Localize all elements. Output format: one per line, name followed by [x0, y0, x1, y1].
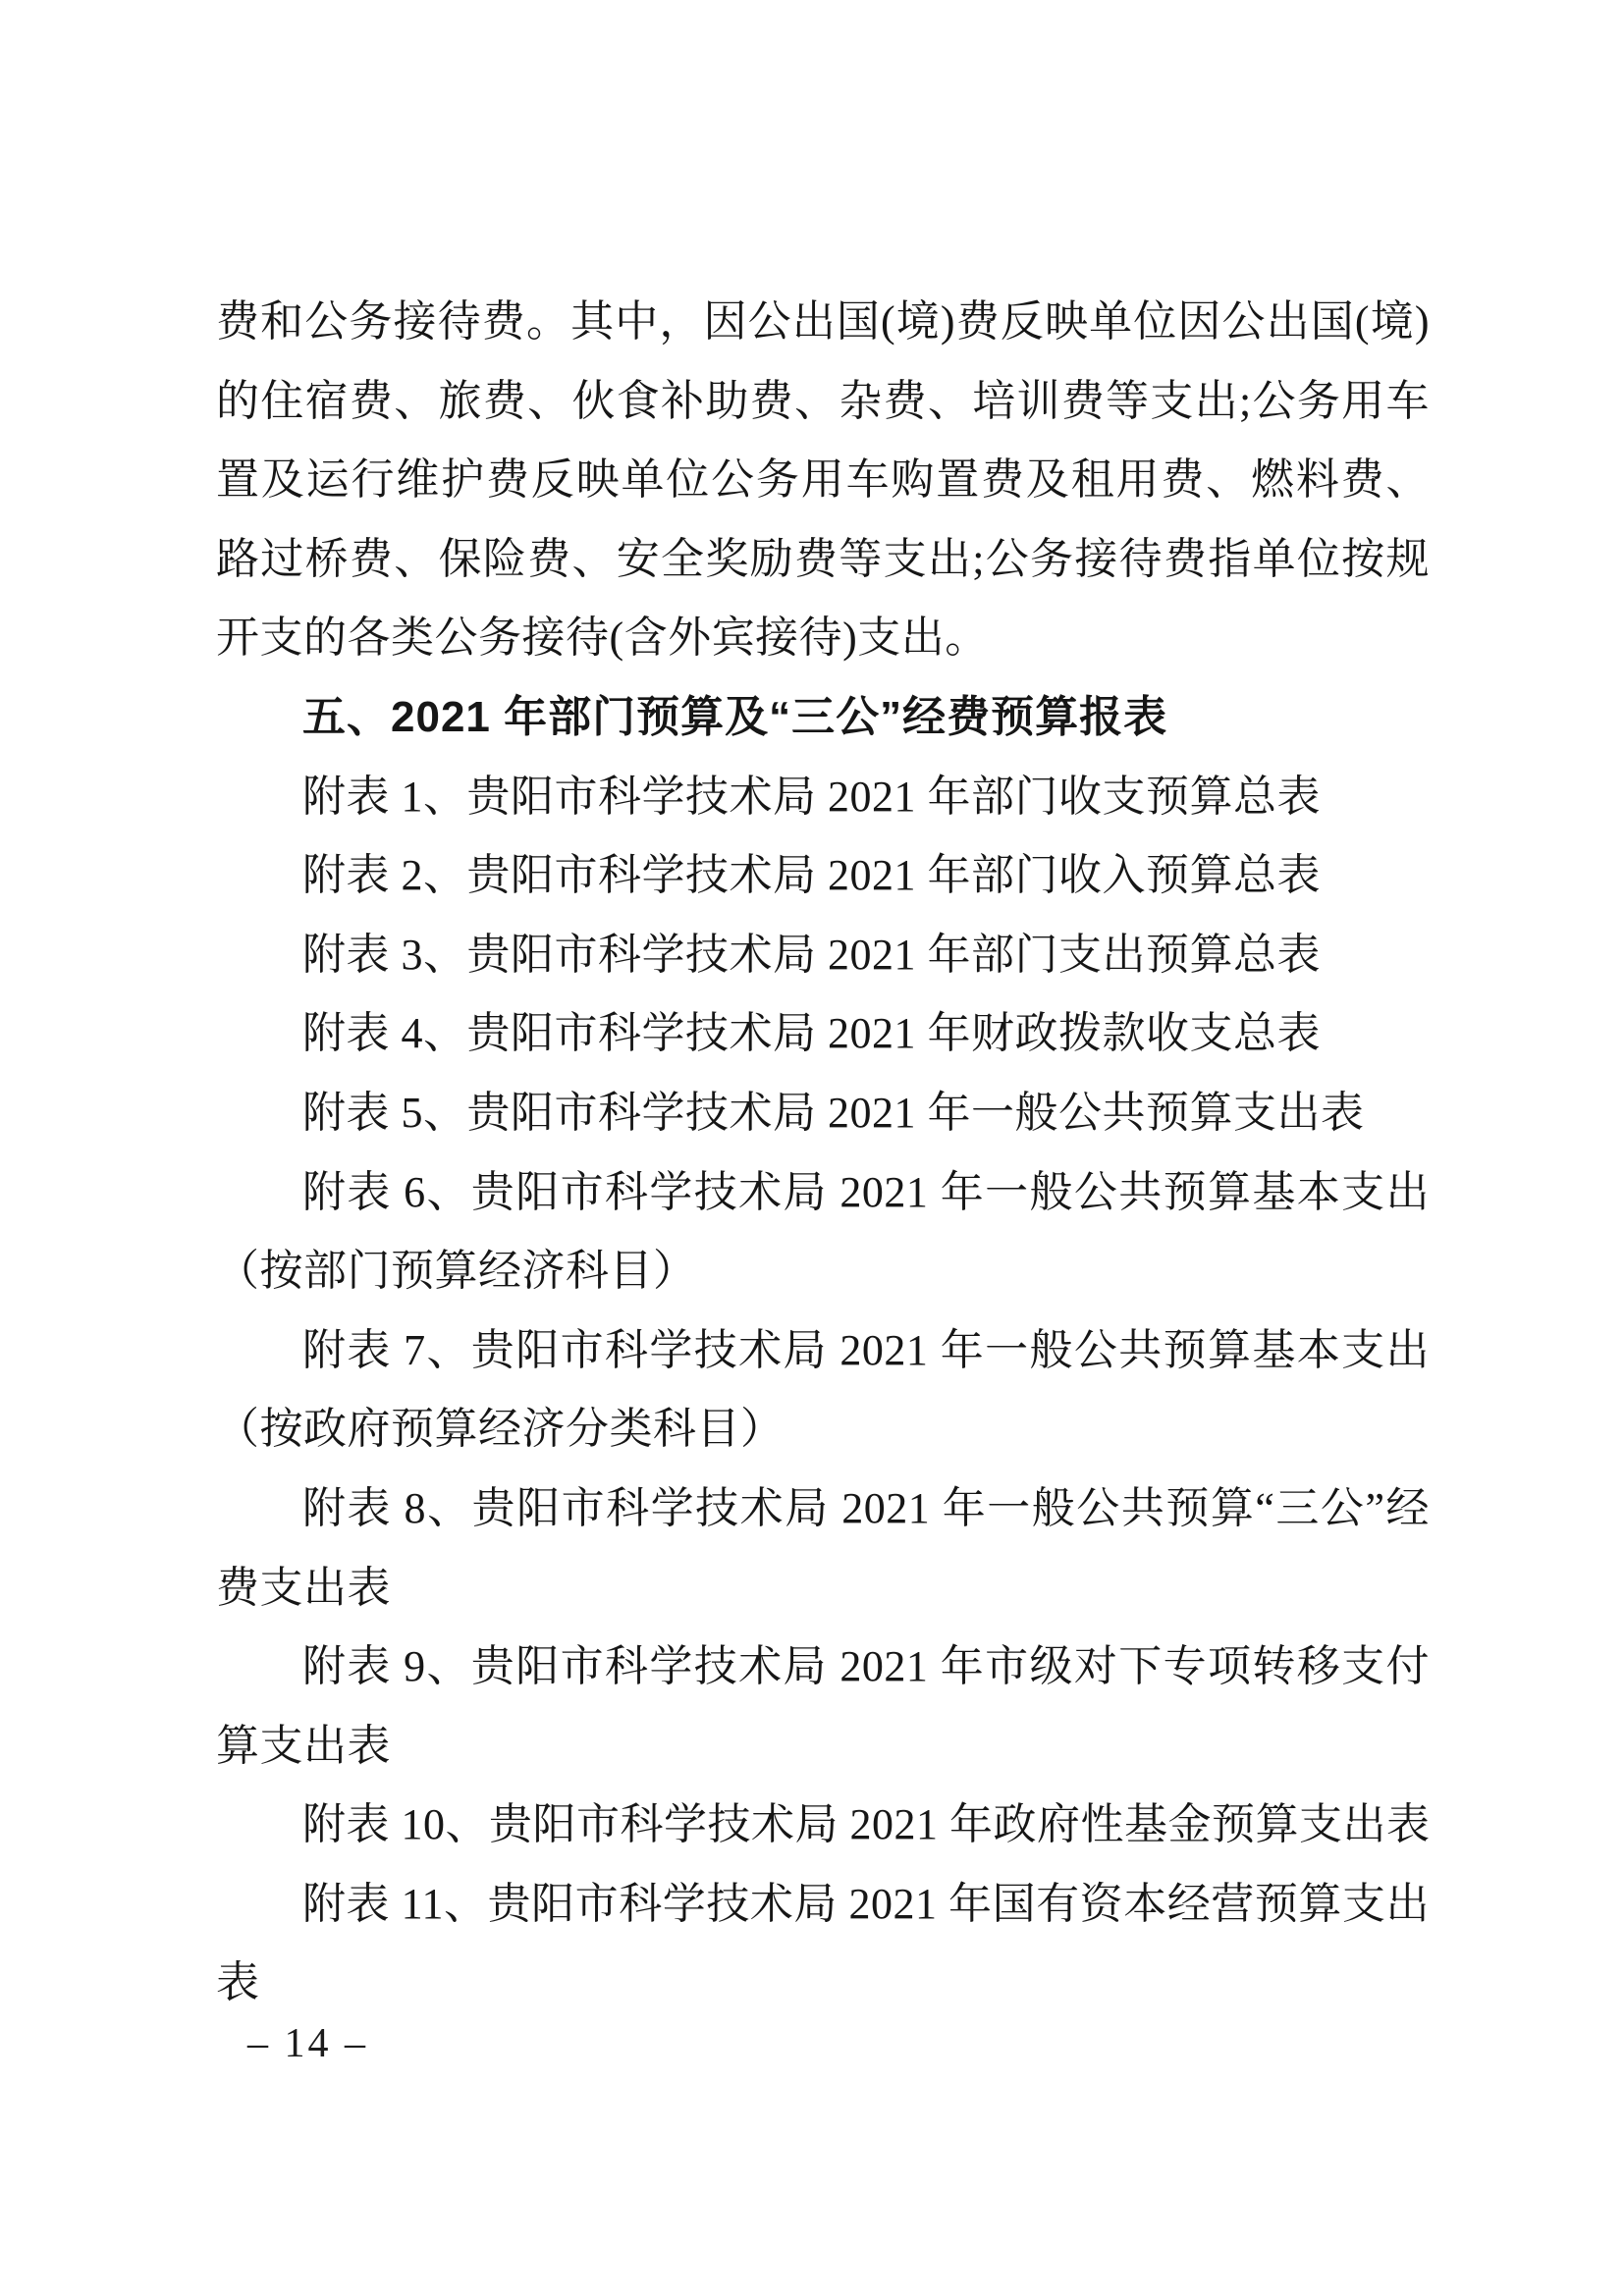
- text-line: 费和公务接待费。其中，因公出国(境)费反映单位因公出国(境): [216, 283, 1430, 362]
- text-line: 附表 4、贵阳市科学技术局 2021 年财政拨款收支总表: [216, 994, 1430, 1074]
- text-line: 附表 2、贵阳市科学技术局 2021 年部门收入预算总表: [216, 836, 1430, 916]
- text-line: 置及运行维护费反映单位公务用车购置费及租用费、燃料费、过: [216, 441, 1430, 520]
- page-number: – 14 –: [247, 2022, 368, 2065]
- text-line: 附表 1、贵阳市科学技术局 2021 年部门收支预算总表: [216, 758, 1430, 837]
- document-page: 费和公务接待费。其中，因公出国(境)费反映单位因公出国(境)的住宿费、旅费、伙食…: [0, 0, 1624, 2296]
- text-line: 附表 5、贵阳市科学技术局 2021 年一般公共预算支出表: [216, 1074, 1430, 1153]
- text-line: 附表 9、贵阳市科学技术局 2021 年市级对下专项转移支付预: [216, 1628, 1430, 1707]
- text-line: 的住宿费、旅费、伙食补助费、杂费、培训费等支出;公务用车购: [216, 362, 1430, 442]
- text-line: 算支出表: [216, 1707, 1430, 1787]
- text-line: 路过桥费、保险费、安全奖励费等支出;公务接待费指单位按规定: [216, 520, 1430, 600]
- text-line: 附表 6、贵阳市科学技术局 2021 年一般公共预算基本支出表: [216, 1153, 1430, 1233]
- text-line: 附表 10、贵阳市科学技术局 2021 年政府性基金预算支出表: [216, 1786, 1430, 1865]
- document-body: 费和公务接待费。其中，因公出国(境)费反映单位因公出国(境)的住宿费、旅费、伙食…: [216, 283, 1430, 2023]
- text-line: 附表 11、贵阳市科学技术局 2021 年国有资本经营预算支出: [216, 1865, 1430, 1945]
- text-line: 附表 8、贵阳市科学技术局 2021 年一般公共预算“三公”经: [216, 1469, 1430, 1549]
- text-line: 费支出表: [216, 1549, 1430, 1629]
- text-line: （按部门预算经济科目）: [216, 1232, 1430, 1311]
- text-line: 表: [216, 1944, 1430, 2023]
- text-line: （按政府预算经济分类科目）: [216, 1390, 1430, 1469]
- text-line: 开支的各类公务接待(含外宾接待)支出。: [216, 599, 1430, 678]
- section-heading: 五、2021 年部门预算及“三公”经费预算报表: [216, 678, 1430, 758]
- text-line: 附表 3、贵阳市科学技术局 2021 年部门支出预算总表: [216, 916, 1430, 995]
- text-line: 附表 7、贵阳市科学技术局 2021 年一般公共预算基本支出表: [216, 1311, 1430, 1391]
